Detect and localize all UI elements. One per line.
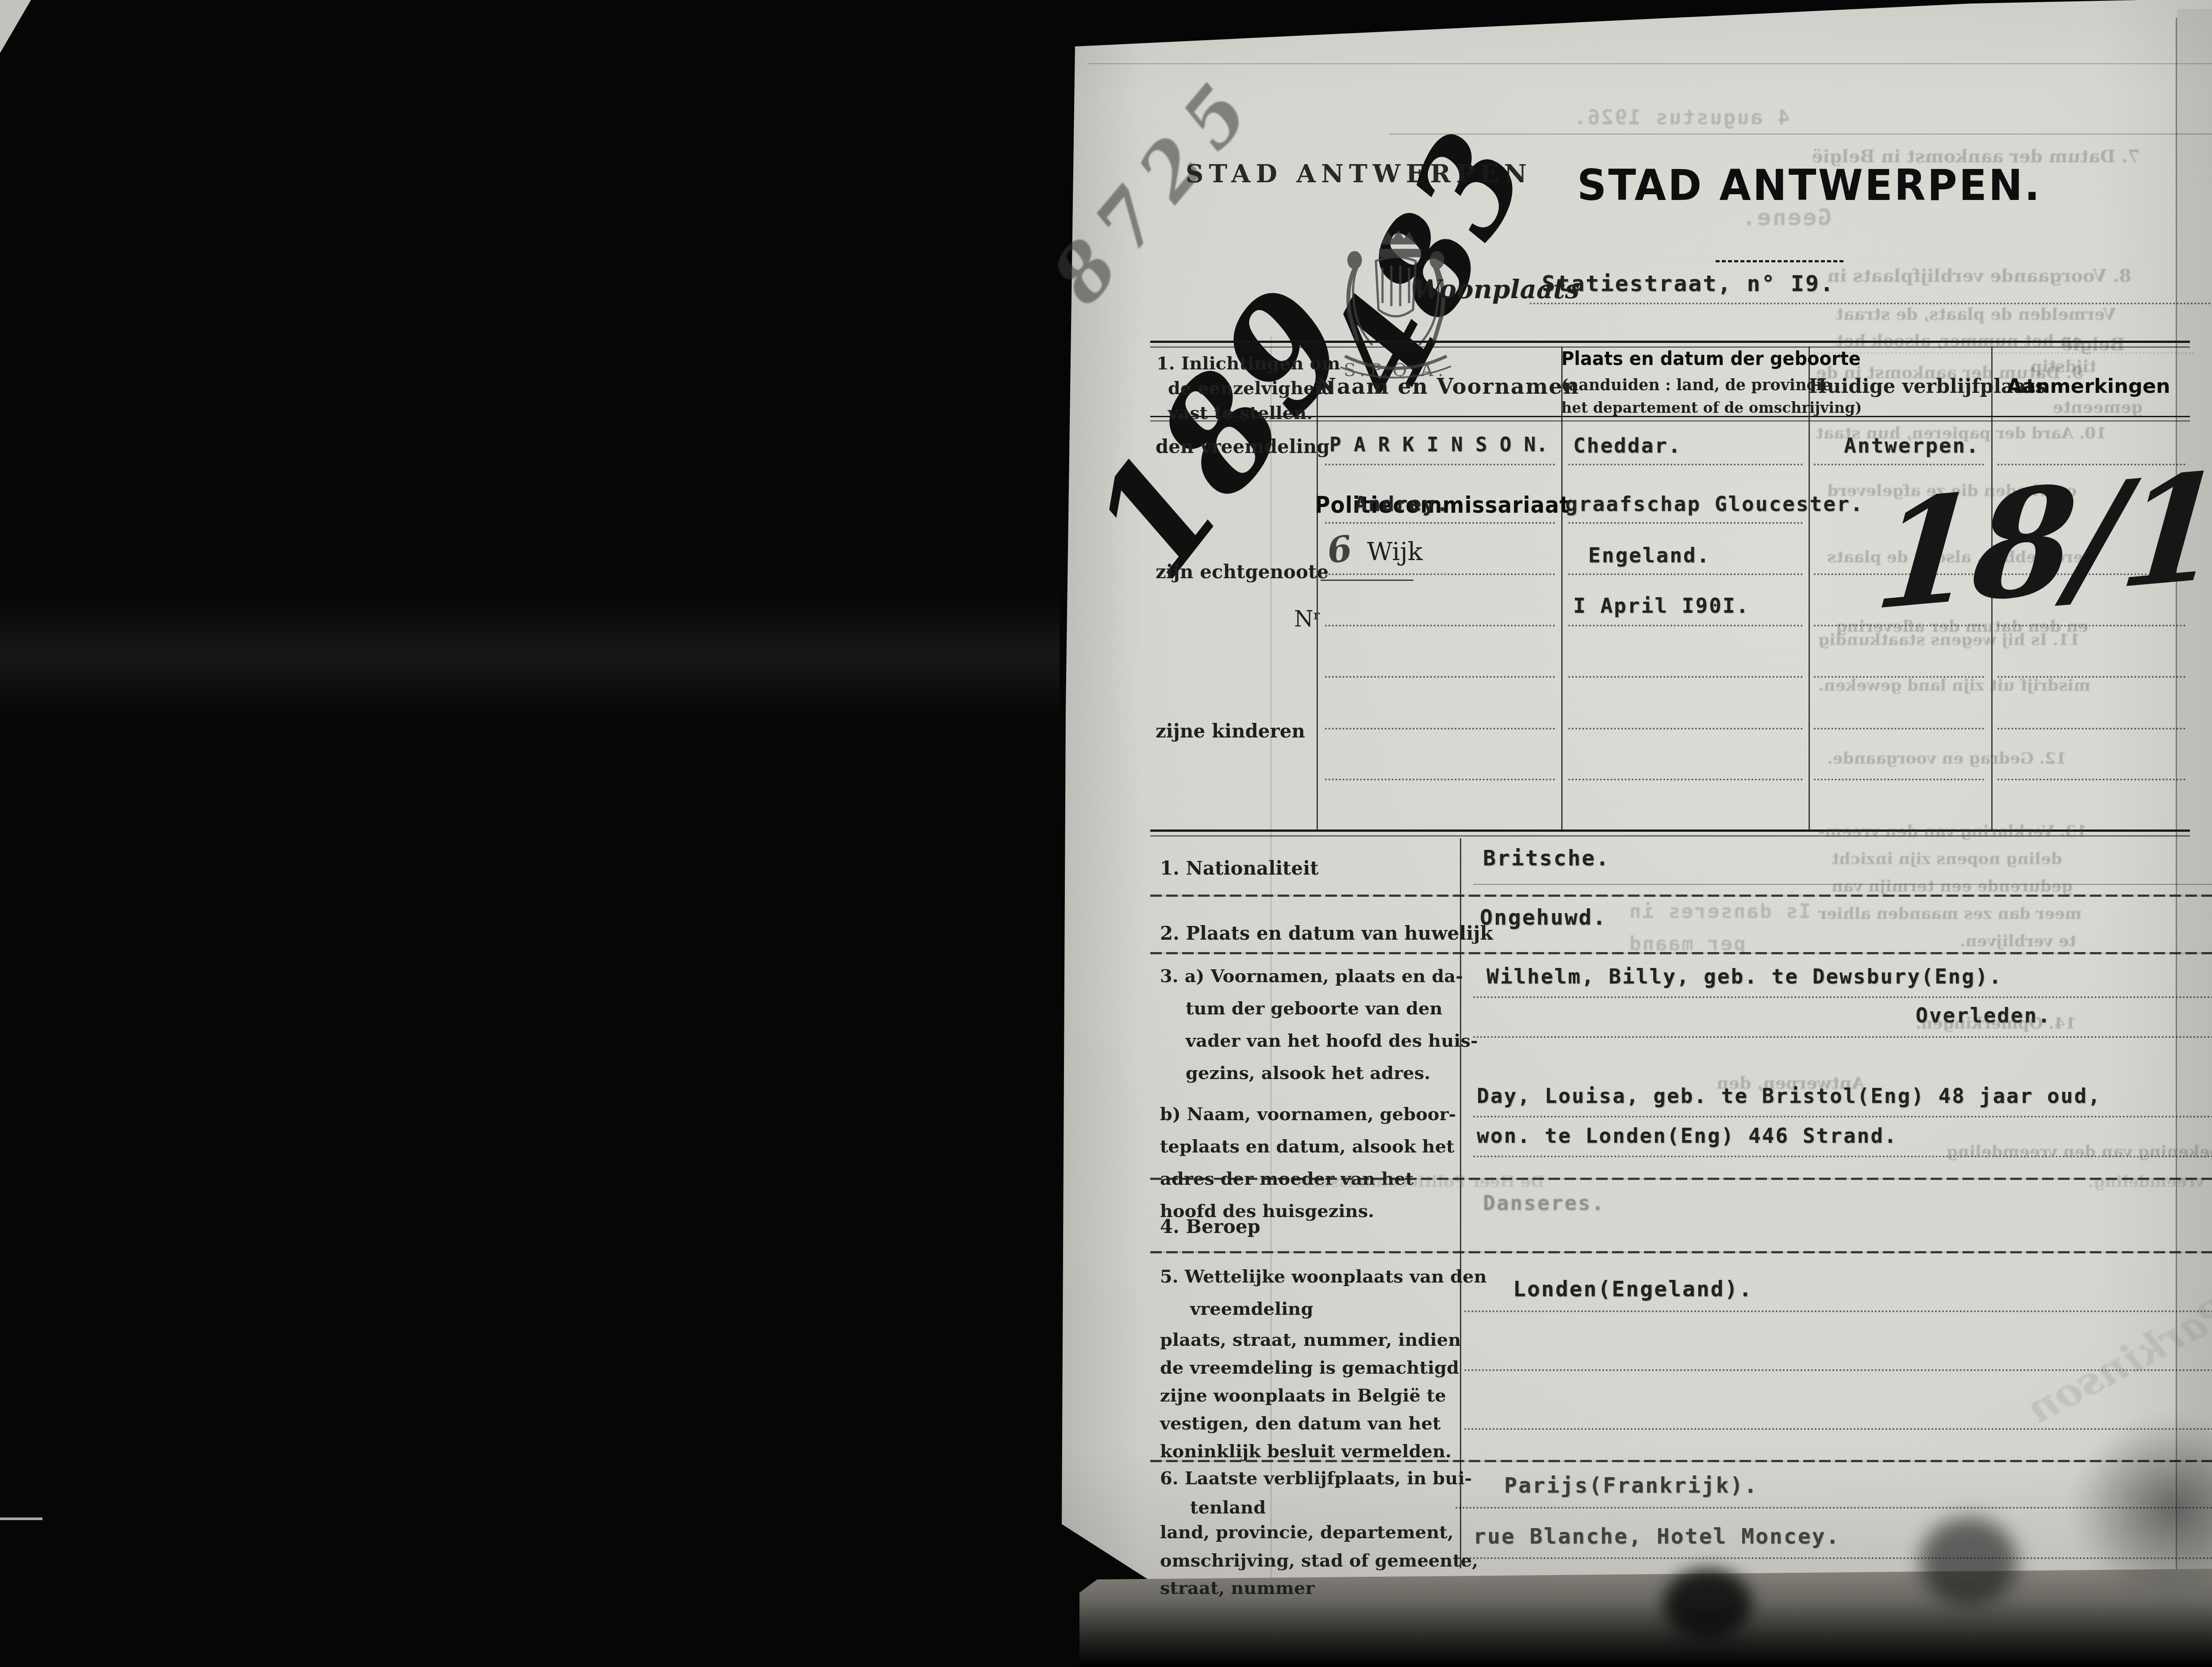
detail-label-nationality: 1. Nationaliteit bbox=[1160, 857, 1319, 879]
ghost-item11-line2: misdrijf uit zijn land geweken. bbox=[1818, 676, 2090, 695]
table-header-identity: de eenzelvigheid bbox=[1168, 378, 1334, 399]
given-name-typed: Andrey. bbox=[1355, 492, 1450, 516]
ghost-dotline bbox=[1814, 352, 2194, 354]
father-typed: Wilhelm, Billy, geb. te Dewsbury(Eng). bbox=[1486, 964, 2002, 988]
dotted-row bbox=[1814, 779, 1984, 780]
section-divider bbox=[1150, 1251, 2212, 1253]
ghost-item9-line2: gemeente bbox=[2053, 397, 2143, 417]
birth-date-typed: I April I90I. bbox=[1573, 594, 1750, 618]
value-dotline bbox=[1473, 996, 2212, 998]
table-rule bbox=[1150, 341, 2190, 343]
surname-typed: P A R K I N S O N. bbox=[1329, 434, 1548, 456]
detail-note-last-residence: land, provincie, departement, bbox=[1160, 1522, 1454, 1543]
ghost-vreemdeling-frag: vreemdeling. bbox=[2088, 1172, 2204, 1191]
dotted-row bbox=[1568, 464, 1803, 465]
scan-blot bbox=[1663, 1568, 1752, 1639]
faint-rule-top bbox=[1088, 63, 2212, 64]
dotted-row bbox=[1325, 522, 1555, 524]
dotted-row bbox=[1814, 464, 1984, 465]
dotted-row bbox=[1325, 676, 1555, 678]
nationality-typed: Britsche. bbox=[1483, 846, 1610, 871]
detail-label-marriage: 2. Plaats en datum van huwelijk bbox=[1160, 922, 1493, 944]
ghost-vermelden-line1: Vermelden de plaats, de straat bbox=[1836, 304, 2116, 324]
table-rule bbox=[1150, 346, 2190, 348]
row-label-children: zijne kinderen bbox=[1156, 720, 1305, 742]
table-header-remarks: Aanmerkingen bbox=[1991, 374, 2186, 398]
scan-blot bbox=[1920, 1517, 2017, 1606]
value-dotline bbox=[1473, 1156, 2212, 1157]
section-divider bbox=[1150, 1460, 2212, 1462]
ghost-item13-line5: te verblijven. bbox=[1960, 932, 2076, 950]
mother-address-typed: won. te Londen(Eng) 446 Strand. bbox=[1477, 1124, 1898, 1148]
detail-label-father: tum der geboorte van den bbox=[1186, 998, 1443, 1019]
details-column-divider bbox=[1460, 838, 1461, 1568]
dotted-row bbox=[1997, 573, 2185, 575]
letterhead-city: STAD ANTWERPEN bbox=[1186, 159, 1532, 188]
birth-country-typed: Engeland. bbox=[1588, 543, 1710, 567]
dotted-row bbox=[1568, 728, 1803, 730]
value-dotline bbox=[1473, 1116, 2212, 1118]
current-residence-typed: Antwerpen. bbox=[1844, 434, 1980, 457]
dotted-row bbox=[1325, 728, 1555, 730]
detail-note-legal-residence: de vreemdeling is gemachtigd bbox=[1160, 1357, 1459, 1378]
residence-value-typed: Statiestraat, n° I9. bbox=[1542, 271, 1835, 296]
detail-label-last-residence: 6. Laatste verblijfplaats, in bui- bbox=[1160, 1468, 1472, 1489]
profession-typed-faded: Danseres. bbox=[1483, 1191, 1605, 1215]
scan-streak bbox=[0, 588, 1060, 721]
table-header-birth-sub: (aanduiden : land, de provincie bbox=[1561, 376, 1809, 394]
ghost-item8-line1: 8. Voorgaande verblijfplaats in bbox=[1827, 265, 2131, 286]
table-header-birth-sub: het departement of de omschrijving) bbox=[1561, 399, 1809, 416]
detail-label-father: gezins, alsook het adres. bbox=[1186, 1063, 1430, 1083]
ghost-item13-line2: deling nopens zijn inzicht bbox=[1832, 849, 2062, 868]
table-header-name: Naam en Voornamen bbox=[1317, 374, 1561, 399]
detail-label-profession: 4. Beroep bbox=[1160, 1216, 1260, 1237]
detail-label-legal-residence: 5. Wettelijke woonplaats van den bbox=[1160, 1266, 1487, 1287]
title-underline bbox=[1716, 260, 1845, 262]
detail-label-father: vader van het hoofd des huis- bbox=[1186, 1030, 1478, 1051]
table-header-current-residence: Huidige verblijfplaats bbox=[1809, 375, 1991, 398]
section-divider bbox=[1150, 895, 2212, 897]
detail-label-last-residence: tenland bbox=[1190, 1497, 1266, 1518]
detail-label-mother: teplaats en datum, alsook het bbox=[1160, 1136, 1455, 1157]
dotted-row bbox=[1568, 676, 1803, 678]
mother-typed: Day, Louisa, geb. te Bristol(Eng) 48 jaa… bbox=[1477, 1084, 2101, 1108]
detail-note-legal-residence: vestigen, den datum van het bbox=[1160, 1413, 1441, 1434]
detail-note-legal-residence: zijne woonplaats in België te bbox=[1160, 1385, 1446, 1406]
thin-rule bbox=[1473, 884, 2212, 885]
dotted-row bbox=[1997, 728, 2185, 730]
ghost-arrival-date: 4 augustus 1926. bbox=[1573, 105, 1790, 129]
table-column-divider bbox=[1317, 346, 1318, 831]
ghost-signature-caption: Handteekening van den vreemdeling bbox=[1947, 1142, 2212, 1161]
table-column-divider bbox=[1809, 346, 1810, 831]
value-dotline bbox=[1455, 1557, 2212, 1559]
ghost-item13-line1: 13. Verklaring van den vreem- bbox=[1818, 822, 2088, 841]
dotted-row bbox=[1325, 779, 1555, 780]
value-dotline bbox=[1455, 1507, 2212, 1509]
detail-label-legal-residence: vreemdeling bbox=[1190, 1298, 1313, 1319]
row-label-foreigner: den vreemdeling bbox=[1156, 436, 1330, 457]
table-header-identity: 1. Inlichtingen om bbox=[1156, 353, 1340, 374]
value-dotline bbox=[1473, 1036, 2212, 1038]
section-divider bbox=[1150, 1178, 2212, 1180]
dotted-row bbox=[1325, 625, 1555, 626]
dotted-row bbox=[1325, 464, 1555, 465]
birth-place-typed: Cheddar. bbox=[1573, 434, 1682, 457]
dotted-row bbox=[1997, 779, 2185, 780]
last-residence-street-typed: rue Blanche, Hotel Moncey. bbox=[1473, 1524, 1840, 1549]
detail-note-last-residence: omschrijving, stad of gemeente, bbox=[1160, 1550, 1478, 1571]
ghost-item12: 12. Gedrag en voorgaande. bbox=[1827, 749, 2067, 768]
marital-status-typed: Ongehuwd. bbox=[1480, 905, 1607, 930]
row-label-spouse: zijn echtgenoote bbox=[1156, 561, 1329, 583]
faint-rule-upper bbox=[1389, 134, 2212, 134]
ghost-item14: 14. Opmerkingen. bbox=[1916, 1014, 2076, 1033]
dotted-row bbox=[1568, 625, 1803, 626]
residence-dotline bbox=[1530, 303, 2212, 304]
ward-word: Wijk bbox=[1367, 538, 1423, 566]
scan-corner-sliver bbox=[0, 0, 35, 58]
dotted-row bbox=[1997, 464, 2185, 465]
table-column-divider bbox=[1561, 346, 1563, 831]
scanned-document-page: 8725 189 483 STAD ANTWERPEN S.P.Q.A. Pol… bbox=[0, 0, 2212, 1667]
dotted-row bbox=[1997, 625, 2185, 626]
ward-underline bbox=[1321, 580, 1413, 581]
detail-label-mother: b) Naam, voornamen, geboor- bbox=[1160, 1104, 1456, 1125]
birth-county-typed: graafschap Gloucester. bbox=[1565, 492, 1864, 516]
dotted-row bbox=[1568, 522, 1803, 524]
detail-note-legal-residence: plaats, straat, nummer, indien bbox=[1160, 1329, 1461, 1350]
table-header-identity: vast te stellen. bbox=[1168, 403, 1313, 423]
ghost-item13-line3: gedurende een termijn van bbox=[1832, 877, 2073, 895]
dotted-row bbox=[1325, 573, 1555, 575]
ghost-item11-line1: 11. Is hij wegens staatkundig bbox=[1818, 630, 2081, 649]
ghost-police: De Heer Politiecommissaris bbox=[1296, 1172, 1544, 1191]
dotted-row bbox=[1814, 728, 1984, 730]
detail-note-legal-residence: koninklijk besluit vermelden. bbox=[1160, 1441, 1452, 1462]
last-residence-typed: Parijs(Frankrijk). bbox=[1504, 1473, 1758, 1498]
dotted-row bbox=[1814, 573, 1984, 575]
page-title: STAD ANTWERPEN. bbox=[1577, 161, 2042, 210]
value-dotline bbox=[1464, 1310, 2212, 1312]
legal-residence-typed: Londen(Engeland). bbox=[1513, 1277, 1753, 1302]
table-header-birth-bold: Plaats en datum der geboorte bbox=[1561, 348, 1809, 369]
detail-note-last-residence: straat, nummer bbox=[1160, 1578, 1315, 1598]
ghost-danseres-note1: Is danseres in bbox=[1628, 900, 1811, 923]
detail-label-father: 3. a) Voornamen, plaats en da- bbox=[1160, 966, 1463, 987]
dotted-row bbox=[1568, 779, 1803, 780]
dotted-row bbox=[1568, 573, 1803, 575]
section-divider bbox=[1150, 952, 2212, 954]
ghost-item13-line4: meer dan zes maanden alhier bbox=[1818, 904, 2081, 923]
dotted-row bbox=[1814, 625, 1984, 626]
value-dotline bbox=[1464, 1428, 2212, 1430]
scan-edge-mark bbox=[0, 1517, 42, 1520]
